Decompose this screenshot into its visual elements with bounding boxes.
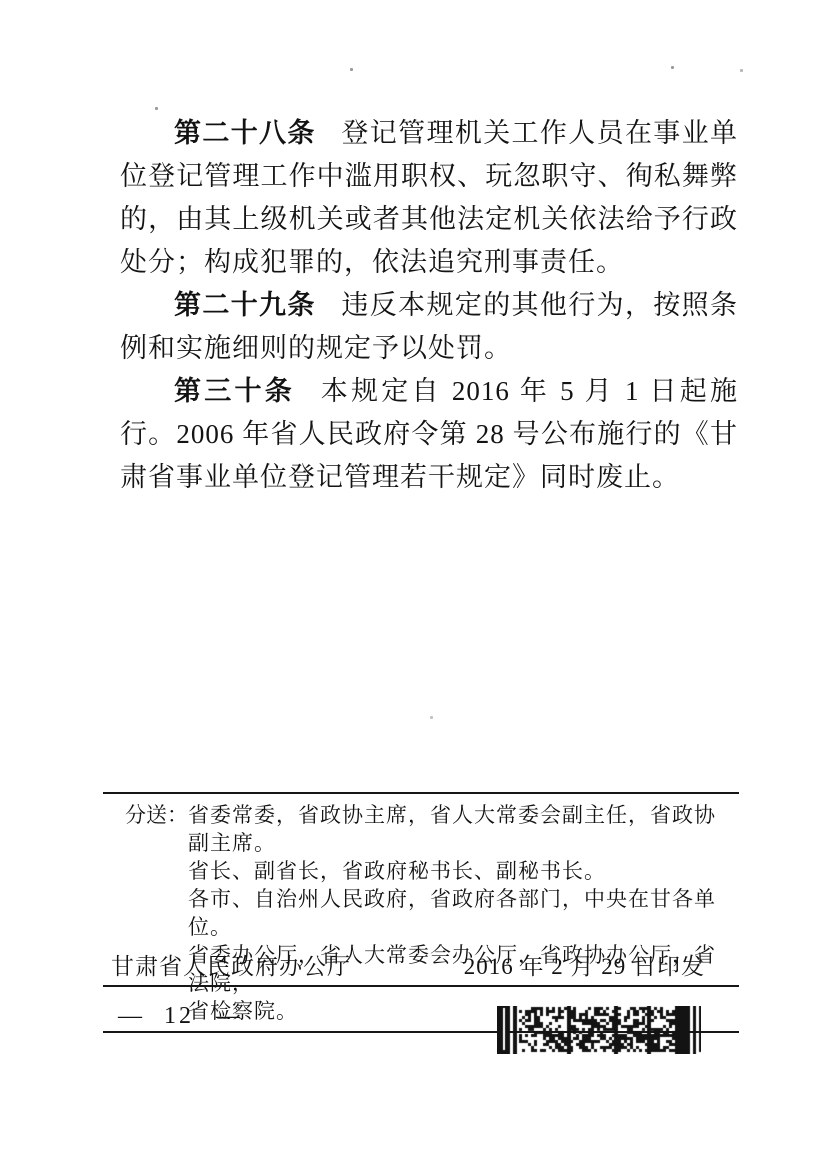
document-page: 第二十八条登记管理机关工作人员在事业单位登记管理工作中滥用职权、玩忽职守、徇私舞… xyxy=(0,0,832,1169)
page-number: — 12 — xyxy=(118,1003,240,1030)
article-30-paragraph: 第三十条本规定自 2016 年 5 月 1 日起施行。2006 年省人民政府令第… xyxy=(120,370,738,499)
article-29-paragraph: 第二十九条违反本规定的其他行为，按照条例和实施细则的规定予以处罚。 xyxy=(120,284,738,370)
scan-speck xyxy=(155,107,158,110)
distribution-line: 各市、自治州人民政府，省政府各部门，中央在甘各单位。 xyxy=(188,885,733,941)
distribution-line: 省长、副省长，省政府秘书长、副秘书长。 xyxy=(188,857,733,885)
barcode xyxy=(497,1006,701,1054)
page-number-value: 12 xyxy=(164,1003,194,1030)
scan-speck xyxy=(740,69,743,72)
scan-speck xyxy=(430,716,433,719)
scan-speck xyxy=(350,68,353,71)
distribution-line: 省委常委，省政协主席，省人大常委会副主任，省政协副主席。 xyxy=(188,801,733,857)
page-number-dash: — xyxy=(216,1003,240,1030)
page-number-dash: — xyxy=(118,1003,142,1030)
imprint-row: 甘肃省人民政府办公厅 2016 年 2 月 29 日印发 xyxy=(103,944,739,987)
scan-speck xyxy=(671,66,674,69)
article-28-paragraph: 第二十八条登记管理机关工作人员在事业单位登记管理工作中滥用职权、玩忽职守、徇私舞… xyxy=(120,112,738,284)
article-29-label: 第二十九条 xyxy=(174,290,316,320)
distribution-list: 省委常委，省政协主席，省人大常委会副主任，省政协副主席。 省长、副省长，省政府秘… xyxy=(188,801,733,1025)
distribution-label: 分送： xyxy=(125,801,188,829)
print-date: 2016 年 2 月 29 日印发 xyxy=(464,948,705,981)
document-body: 第二十八条登记管理机关工作人员在事业单位登记管理工作中滥用职权、玩忽职守、徇私舞… xyxy=(120,112,738,499)
article-30-label: 第三十条 xyxy=(174,376,295,406)
distribution-box: 分送： 省委常委，省政协主席，省人大常委会副主任，省政协副主席。 省长、副省长，… xyxy=(103,792,739,1033)
article-28-label: 第二十八条 xyxy=(174,118,316,148)
issuing-office: 甘肃省人民政府办公厅 xyxy=(111,948,351,981)
